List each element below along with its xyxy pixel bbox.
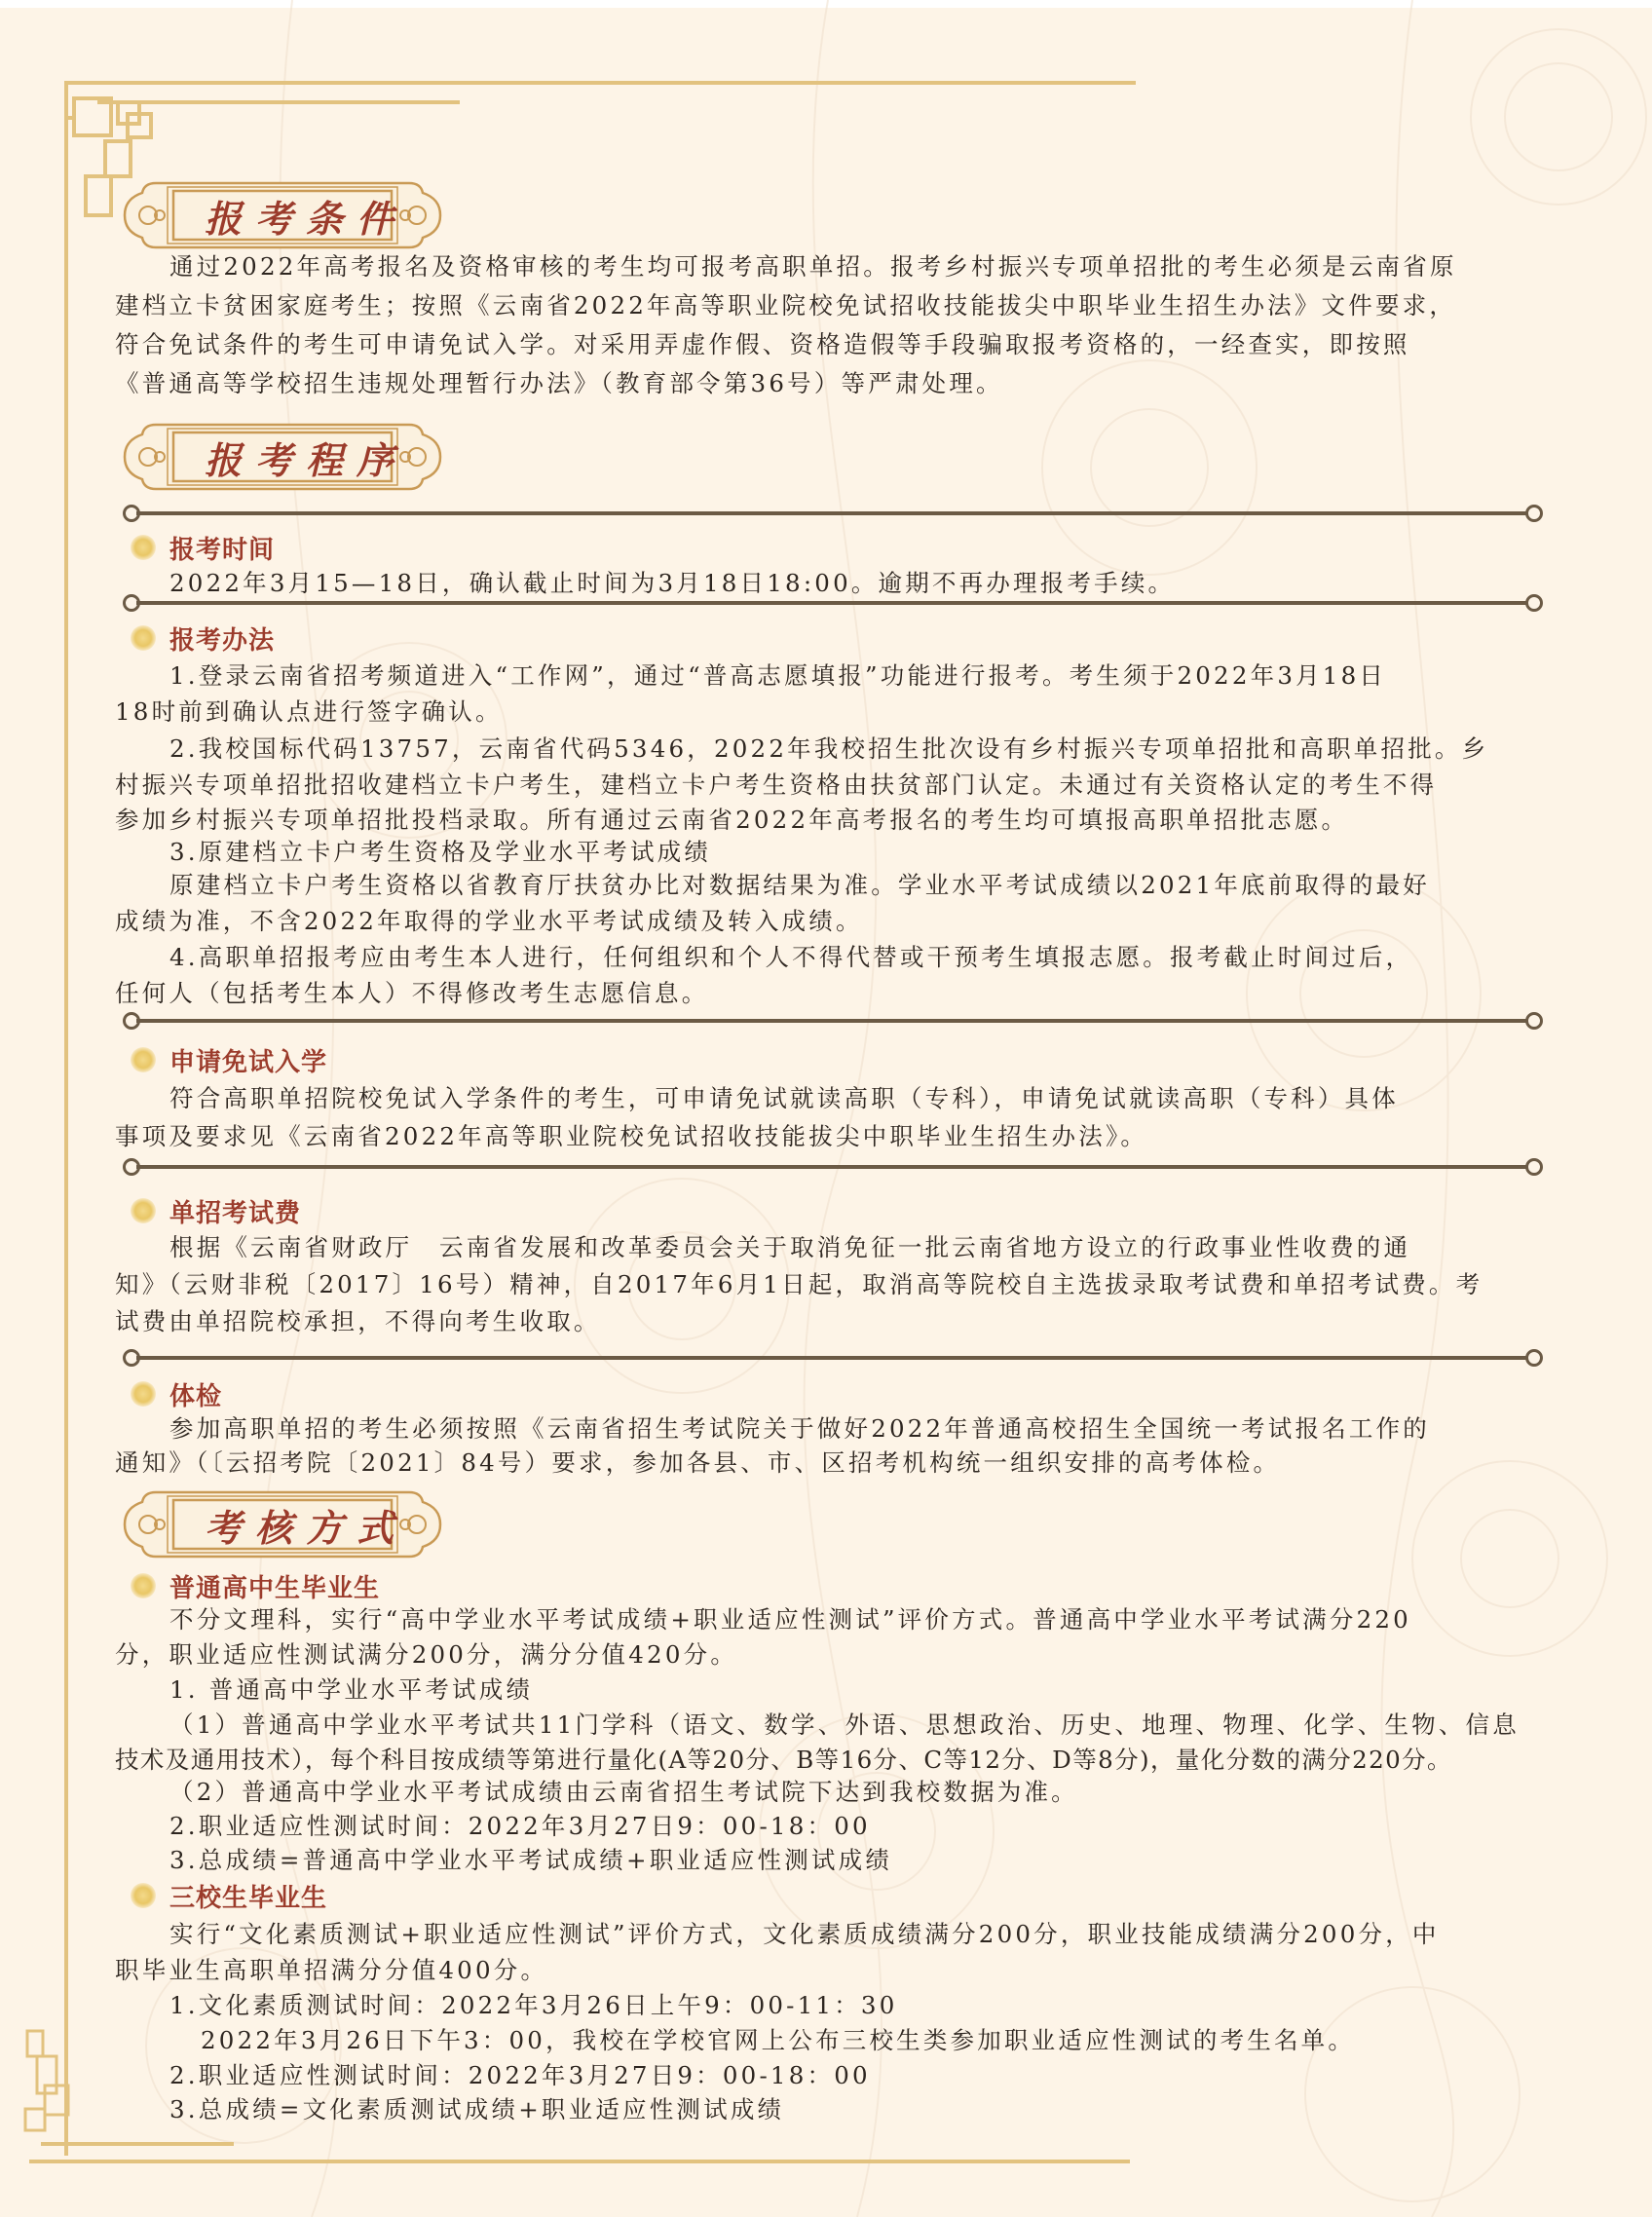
paragraph-line: 1. 普通高中学业水平考试成绩 bbox=[169, 1673, 1611, 1707]
paragraph-line: （1）普通高中学业水平考试共11门学科（语文、数学、外语、思想政治、历史、地理、… bbox=[169, 1709, 1611, 1742]
paragraph-line: 分，职业适应性测试满分200分，满分分值420分。 bbox=[115, 1638, 1557, 1672]
paragraph-line: 村振兴专项单招批招收建档立卡户考生，建档立卡户考生资格由扶贫部门认定。未通过有关… bbox=[115, 769, 1557, 802]
brochure-page: 报考条件 通过2022年高考报名及资格审核的考生均可报考高职单招。报考乡村振兴专… bbox=[0, 0, 1652, 2217]
section-title-plaque-conditions: 报考条件 bbox=[123, 177, 442, 253]
subheading-fee: 单招考试费 bbox=[131, 1194, 301, 1227]
section-title: 报考条件 bbox=[205, 189, 407, 243]
paragraph-line: 1.文化素质测试时间：2022年3月26日上午9：00-11：30 bbox=[169, 1989, 1611, 2022]
paragraph-line: 2.职业适应性测试时间：2022年3月27日9：00-18：00 bbox=[169, 1810, 1611, 1843]
section-title: 报考程序 bbox=[205, 431, 407, 484]
paragraph-line: 3.总成绩=普通高中学业水平考试成绩+职业适应性测试成绩 bbox=[169, 1844, 1611, 1877]
paragraph-line: 通知》（〔云招考院〔2021〕84号）要求，参加各县、市、区招考机构统一组织安排… bbox=[115, 1447, 1557, 1480]
flower-bullet-icon bbox=[131, 535, 156, 560]
section-title-plaque-procedure: 报考程序 bbox=[123, 419, 442, 495]
paragraph-line: （2）普通高中学业水平考试成绩由云南省招生考试院下达到我校数据为准。 bbox=[169, 1776, 1611, 1809]
flower-bullet-icon bbox=[131, 1381, 156, 1407]
paragraph-line: 任何人（包括考生本人）不得修改考生志愿信息。 bbox=[115, 977, 1557, 1010]
divider bbox=[123, 1159, 1543, 1175]
flower-bullet-icon bbox=[131, 1198, 156, 1223]
paragraph-line: 2.我校国标代码13757，云南省代码5346，2022年我校招生批次设有乡村振… bbox=[169, 733, 1611, 766]
paragraph-line: 《普通高等学校招生违规处理暂行办法》（教育部令第36号）等严肃处理。 bbox=[115, 367, 1557, 400]
flower-bullet-icon bbox=[131, 1047, 156, 1072]
paragraph-line: 18时前到确认点进行签字确认。 bbox=[115, 695, 1557, 729]
subheading-physical: 体检 bbox=[131, 1377, 222, 1410]
paragraph-line: 4.高职单招报考应由考生本人进行，任何组织和个人不得代替或干预考生填报志愿。报考… bbox=[169, 941, 1611, 974]
paragraph-line: 技术及通用技术），每个科目按成绩等第进行量化(A等20分、B等16分、C等12分… bbox=[115, 1744, 1557, 1777]
paragraph-line: 符合免试条件的考生可申请免试入学。对采用弄虚作假、资格造假等手段骗取报考资格的，… bbox=[115, 328, 1557, 361]
flower-bullet-icon bbox=[131, 1573, 156, 1598]
subheading-high-school: 普通高中生毕业生 bbox=[131, 1569, 380, 1602]
paragraph-line: 原建档立卡户考生资格以省教育厅扶贫办比对数据结果为准。学业水平考试成绩以2021… bbox=[169, 869, 1611, 902]
paragraph-line: 参加乡村振兴专项单招批投档录取。所有通过云南省2022年高考报名的考生均可填报高… bbox=[115, 804, 1557, 837]
paragraph-line: 1.登录云南省招考频道进入“工作网”，通过“普高志愿填报”功能进行报考。考生须于… bbox=[169, 659, 1611, 693]
subheading-time: 报考时间 bbox=[131, 531, 275, 564]
divider bbox=[123, 1013, 1543, 1029]
paragraph-line: 通过2022年高考报名及资格审核的考生均可报考高职单招。报考乡村振兴专项单招批的… bbox=[169, 250, 1611, 283]
paragraph-line: 2.职业适应性测试时间：2022年3月27日9：00-18：00 bbox=[169, 2059, 1611, 2092]
paragraph-line: 2022年3月26日下午3：00，我校在学校官网上公布三校生类参加职业适应性测试… bbox=[201, 2024, 1642, 2057]
section-title-plaque-assessment: 考核方式 bbox=[123, 1486, 442, 1562]
divider bbox=[123, 506, 1543, 521]
paragraph-line: 建档立卡贫困家庭考生；按照《云南省2022年高等职业院校免试招收技能拔尖中职毕业… bbox=[115, 289, 1557, 322]
flower-bullet-icon bbox=[131, 1883, 156, 1908]
paragraph-line: 知》（云财非税〔2017〕16号）精神，自2017年6月1日起，取消高等院校自主… bbox=[115, 1268, 1557, 1301]
paragraph-line: 3.总成绩=文化素质测试成绩+职业适应性测试成绩 bbox=[169, 2093, 1611, 2126]
paragraph-line: 不分文理科，实行“高中学业水平考试成绩+职业适应性测试”评价方式。普通高中学业水… bbox=[169, 1603, 1611, 1636]
divider bbox=[123, 1350, 1543, 1366]
paragraph-line: 试费由单招院校承担，不得向考生收取。 bbox=[115, 1305, 1557, 1338]
paragraph-line: 符合高职单招院校免试入学条件的考生，可申请免试就读高职（专科），申请免试就读高职… bbox=[169, 1082, 1611, 1115]
subheading-vocational: 三校生毕业生 bbox=[131, 1879, 327, 1912]
section-title: 考核方式 bbox=[205, 1498, 407, 1552]
subheading-method: 报考办法 bbox=[131, 621, 275, 655]
paragraph-line: 根据《云南省财政厅 云南省发展和改革委员会关于取消免征一批云南省地方设立的行政事… bbox=[169, 1231, 1611, 1264]
paragraph-line: 实行“文化素质测试+职业适应性测试”评价方式，文化素质成绩满分200分，职业技能… bbox=[169, 1918, 1611, 1951]
paragraph-line: 3.原建档立卡户考生资格及学业水平考试成绩 bbox=[169, 836, 1611, 869]
divider bbox=[123, 595, 1543, 611]
subheading-exemption: 申请免试入学 bbox=[131, 1043, 327, 1076]
paragraph-line: 成绩为准，不含2022年取得的学业水平考试成绩及转入成绩。 bbox=[115, 905, 1557, 938]
flower-bullet-icon bbox=[131, 625, 156, 651]
paragraph-line: 事项及要求见《云南省2022年高等职业院校免试招收技能拔尖中职毕业生招生办法》。 bbox=[115, 1120, 1557, 1153]
paragraph-line: 职毕业生高职单招满分分值400分。 bbox=[115, 1954, 1557, 1987]
paragraph-line: 参加高职单招的考生必须按照《云南省招生考试院关于做好2022年普通高校招生全国统… bbox=[169, 1412, 1611, 1446]
